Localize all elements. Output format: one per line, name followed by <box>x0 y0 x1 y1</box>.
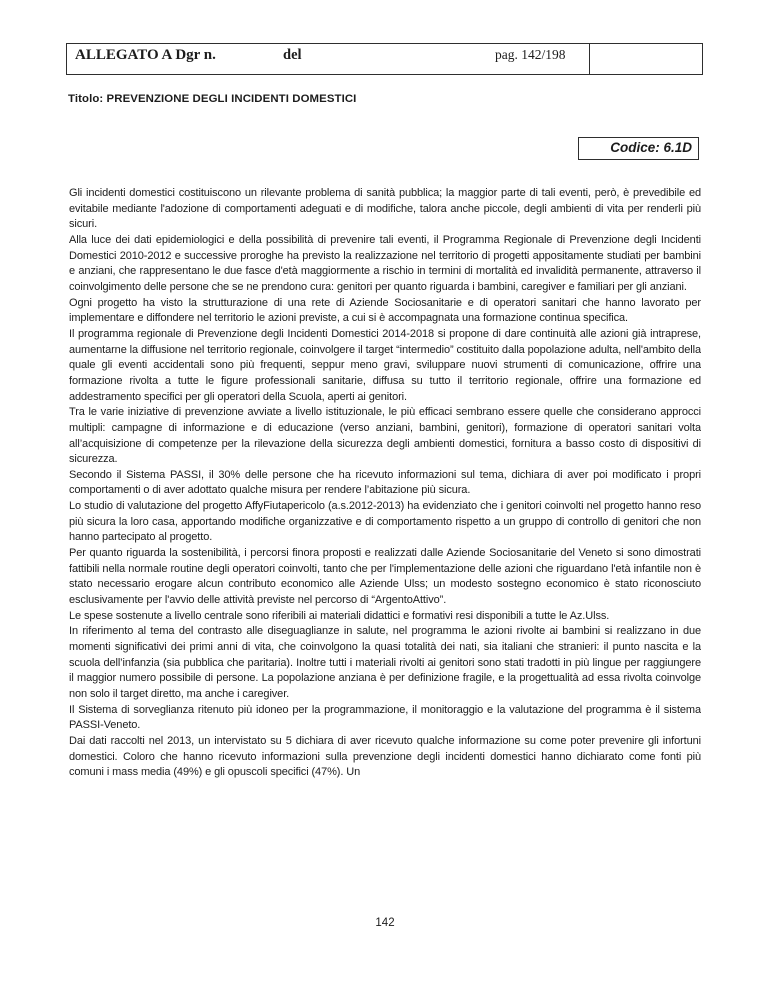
header-cell-divider <box>589 44 590 74</box>
paragraph: Alla luce dei dati epidemiologici e dell… <box>69 233 701 296</box>
paragraph: In riferimento al tema del contrasto all… <box>69 624 701 702</box>
document-title: Titolo: PREVENZIONE DEGLI INCIDENTI DOME… <box>68 93 356 105</box>
header-page-ref: pag. 142/198 <box>495 47 566 63</box>
header-del-label: del <box>283 47 302 64</box>
header-allegato-label: ALLEGATO A Dgr n. <box>75 47 216 64</box>
paragraph: Secondo il Sistema PASSI, il 30% delle p… <box>69 468 701 499</box>
paragraph: Ogni progetto ha visto la strutturazione… <box>69 296 701 327</box>
document-page: ALLEGATO A Dgr n. del pag. 142/198 Titol… <box>0 0 768 994</box>
paragraph: Il programma regionale di Prevenzione de… <box>69 327 701 405</box>
paragraph: Il Sistema di sorveglianza ritenuto più … <box>69 703 701 734</box>
paragraph: Gli incidenti domestici costituiscono un… <box>69 186 701 233</box>
paragraph: Tra le varie iniziative di prevenzione a… <box>69 405 701 468</box>
paragraph: Per quanto riguarda la sostenibilità, i … <box>69 546 701 609</box>
header-table: ALLEGATO A Dgr n. del pag. 142/198 <box>66 43 703 75</box>
paragraph: Dai dati raccolti nel 2013, un intervist… <box>69 734 701 781</box>
code-box: Codice: 6.1D <box>578 137 699 160</box>
paragraph: Le spese sostenute a livello centrale so… <box>69 609 701 625</box>
paragraph: Lo studio di valutazione del progetto Af… <box>69 499 701 546</box>
document-body: Gli incidenti domestici costituiscono un… <box>69 186 701 781</box>
footer-page-number: 142 <box>69 917 701 929</box>
